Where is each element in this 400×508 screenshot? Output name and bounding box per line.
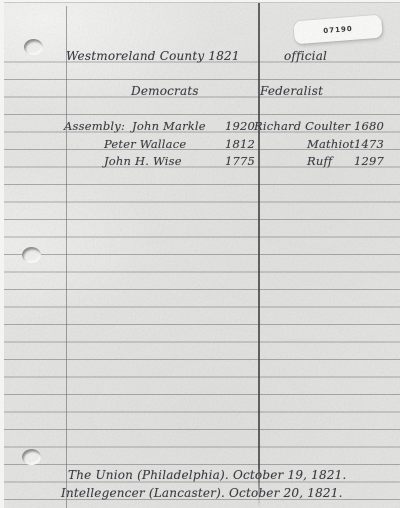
scanned-page: 07190 Westmoreland County 1821 official … (0, 0, 400, 508)
source-citation: The Union (Philadelphia). October 19, 18… (68, 468, 347, 482)
punch-hole-top (24, 39, 43, 55)
party-federalist: Federalist (260, 84, 323, 98)
source-citation: Intellegencer (Lancaster). October 20, 1… (61, 486, 343, 500)
candidate-name: John Markle (132, 119, 206, 133)
office-label: Assembly: (64, 119, 125, 133)
crease-line (258, 3, 260, 508)
candidate-name: Ruff (307, 154, 332, 168)
candidate-name: Mathiot (307, 137, 354, 151)
vote-count: 1297 (354, 154, 394, 168)
assembly-row: Assembly: John Markle (64, 119, 206, 133)
vote-count: 1775 (225, 154, 265, 168)
county-title: Westmoreland County 1821 (66, 49, 240, 63)
catalog-sticker: 07190 (293, 15, 383, 45)
notebook-paper: 07190 Westmoreland County 1821 official … (4, 2, 400, 508)
vote-count: 1473 (354, 137, 394, 151)
margin-line (66, 6, 67, 508)
vote-count: 1812 (225, 137, 265, 151)
candidate-name: John H. Wise (104, 154, 182, 168)
official-label: official (284, 49, 327, 63)
candidate-name: Peter Wallace (104, 137, 186, 151)
sticker-number: 07190 (323, 24, 353, 34)
party-democrats: Democrats (131, 84, 199, 98)
punch-hole-bottom (22, 449, 41, 465)
ruled-lines (4, 45, 400, 508)
candidate-name: Richard Coulter (254, 119, 350, 133)
vote-count: 1680 (354, 119, 394, 133)
punch-hole-middle (22, 247, 41, 263)
